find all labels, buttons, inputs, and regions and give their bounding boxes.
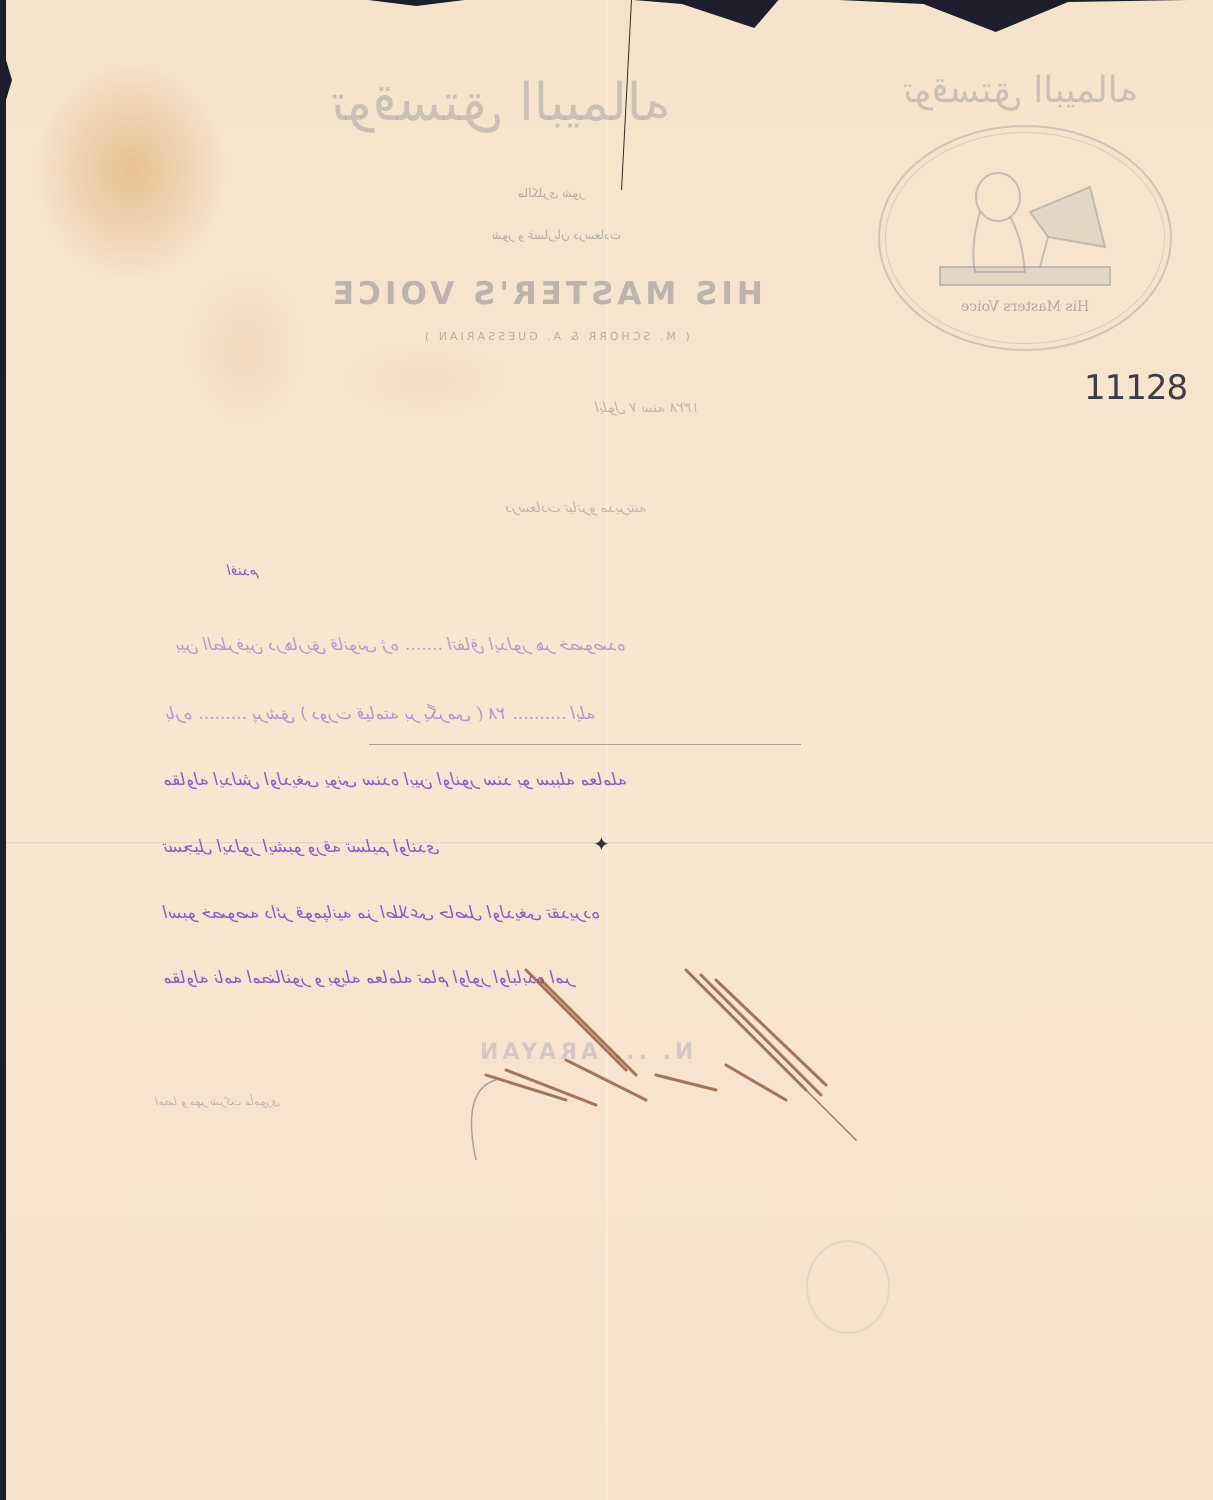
body-line-2: ﺑﺎﺭﻩ ......... ﭘﺮﺷﻖ ( ﺩﻭﺭﺕ ﻗﯿﺎﻣﺘﻪ ﺑﺮ ﯾﮕﺮ… bbox=[166, 704, 596, 724]
emblem-calligraphy-text: ﺗﻮﻗﺴﺘﻖ ﺍﻟﺒﯿﻤﺎﻟﻪ bbox=[903, 70, 1138, 111]
emblem-calligraphy: ﺗﻮﻗﺴﺘﻖ ﺍﻟﺒﯿﻤﺎﻟﻪ bbox=[896, 70, 1146, 130]
letterhead-calligraphy: ﺗﻮﻗﺴﺘﻖ ﺍﻟﺒﯿﻤﺎﻟﻪ bbox=[331, 62, 761, 144]
letterhead-subtitle-1: ﻣﺎﻟﻜﻠﺮﯼ ﺷﻮﺭ bbox=[426, 186, 676, 200]
dog-and-gramophone-icon bbox=[930, 157, 1120, 297]
letterhead-owners: ( M. SCHORR & A. GUESSARIAN ) bbox=[376, 330, 736, 343]
vertical-fold-crease bbox=[606, 0, 608, 1500]
date-line: ﺍﯾﻠﻮﻝ ٧ ﺳﻨﻪ ١٣٢٨ bbox=[596, 400, 700, 416]
body-line-4: ﺗﺴﺠﯿﻞ ﺍﯾﺪﻟﻮﺭ ﺍﯾﺸﺒﻮ ﻭﺭﻗﻪ ﺗﺴﻠﯿﻢ ﺍﻭﻟﻨﺪﻯ bbox=[164, 837, 440, 857]
recipient-line: ﺩﺭﺳﻌﺎﺩﺕ ﺗﯿﺎﺗﺮﻭ ﻣﺪﯾﺮﯾﺘﻨﻪ bbox=[506, 500, 647, 516]
body-line-5: ﺍﺳﺒﻮ ﺧﺼﻮﺻﻪ ﺩﺍﺋﺮ ﻗﻮﻣﭙﺎﻧﯿﻪ ﻣﺰ ﺍﻃﻼﻋﯽ ﺣﺎﺻﻞ ﺍ… bbox=[164, 903, 601, 923]
body-line-1-text: ﺑﯿﻦ ﺍﻟﻄﺮﻓﯿﻦ ﺩﺭﻫﺎﺭﯾﻖ ﻗﺎﻧﻮﻧﯽ ﮊﻩ ....... ﺍﺗ… bbox=[176, 635, 626, 655]
letterhead-subtitle-2-text: ﺷﻮﺭ ﻭ ﻏﺴﺎﺭﯾﺎﻥ ﺩﺭﺳﻌﺎﺩﺕ bbox=[492, 228, 621, 242]
his-masters-voice-emblem: His Masters Voice bbox=[878, 125, 1172, 351]
footnote-line: ﺍﻣﻀﺎ ﻭ ﻣﻬﺮ ﺷﺮﮐﺖ ﻣﺄﻣﻮﺭﯼ bbox=[156, 1095, 280, 1108]
salutation: ﺍﻓﻨﺪﻡ bbox=[228, 563, 259, 579]
body-line-4-text: ﺗﺴﺠﯿﻞ ﺍﯾﺪﻟﻮﺭ ﺍﯾﺸﺒﻮ ﻭﺭﻗﻪ ﺗﺴﻠﯿﻢ ﺍﻭﻟﻨﺪﻯ bbox=[164, 837, 440, 857]
body-line-5-text: ﺍﺳﺒﻮ ﺧﺼﻮﺻﻪ ﺩﺍﺋﺮ ﻗﻮﻣﭙﺎﻧﯿﻪ ﻣﺰ ﺍﻃﻼﻋﯽ ﺣﺎﺻﻞ ﺍ… bbox=[164, 903, 601, 923]
body-line-2-text: ﺑﺎﺭﻩ ......... ﭘﺮﺷﻖ ( ﺩﻭﺭﺕ ﻗﯿﺎﻣﺘﻪ ﺑﺮ ﯾﮕﺮ… bbox=[166, 704, 596, 724]
letterhead-subtitle-2: ﺷﻮﺭ ﻭ ﻏﺴﺎﺭﯾﺎﻥ ﺩﺭﺳﻌﺎﺩﺕ bbox=[356, 228, 756, 242]
body-line-1: ﺑﯿﻦ ﺍﻟﻄﺮﻓﯿﻦ ﺩﺭﻫﺎﺭﯾﻖ ﻗﺎﻧﻮﻧﯽ ﮊﻩ ....... ﺍﺗ… bbox=[176, 635, 626, 655]
body-line-3-text: ﻣﻘﺎﻭﻟﻪ ﺍﯾﺪﻟﺶ ﺍﻭﻟﺪﯾﻐﯽ ﯾﻮﻧﯽ ﺳﻨﺪﻩ ﺍﺑﯿﻦ ﺍﻭﻟﻨ… bbox=[164, 770, 628, 790]
signature-icon bbox=[456, 960, 876, 1160]
footnote-text: ﺍﻣﻀﺎ ﻭ ﻣﻬﺮ ﺷﺮﮐﺖ ﻣﺄﻣﻮﺭﯼ bbox=[156, 1095, 280, 1108]
crease-intersection-mark: ✦ bbox=[593, 832, 610, 856]
letterhead-owners-text: ( M. SCHORR & A. GUESSARIAN ) bbox=[422, 330, 690, 343]
underline bbox=[369, 744, 801, 745]
letterhead-brand-text: HIS MASTER'S VOICE bbox=[329, 276, 763, 312]
letterhead-brand: HIS MASTER'S VOICE bbox=[306, 276, 786, 312]
letterhead-calligraphy-text: ﺗﻮﻗﺴﺘﻖ ﺍﻟﺒﯿﻤﺎﻟﻪ bbox=[331, 62, 670, 144]
emblem-caption: His Masters Voice bbox=[880, 299, 1170, 315]
salutation-text: ﺍﻓﻨﺪﻡ bbox=[228, 563, 259, 579]
faint-seal-impression bbox=[806, 1240, 890, 1334]
body-line-3: ﻣﻘﺎﻭﻟﻪ ﺍﯾﺪﻟﺶ ﺍﻭﻟﺪﯾﻐﯽ ﯾﻮﻧﯽ ﺳﻨﺪﻩ ﺍﺑﯿﻦ ﺍﻭﻟﻨ… bbox=[164, 770, 628, 790]
document-page: ﺗﻮﻗﺴﺘﻖ ﺍﻟﺒﯿﻤﺎﻟﻪ ﻣﺎﻟﻜﻠﺮﯼ ﺷﻮﺭ ﺷﻮﺭ ﻭ ﻏﺴﺎﺭﯾﺎ… bbox=[6, 0, 1213, 1500]
date-line-text: ﺍﯾﻠﻮﻝ ٧ ﺳﻨﻪ ١٣٢٨ bbox=[596, 400, 700, 416]
archive-number: 11128 bbox=[1084, 368, 1187, 408]
recipient-line-text: ﺩﺭﺳﻌﺎﺩﺕ ﺗﯿﺎﺗﺮﻭ ﻣﺪﯾﺮﯾﺘﻨﻪ bbox=[506, 500, 647, 516]
emblem-caption-text: His Masters Voice bbox=[961, 299, 1089, 315]
letterhead-subtitle-1-text: ﻣﺎﻟﻜﻠﺮﯼ ﺷﻮﺭ bbox=[518, 186, 584, 200]
